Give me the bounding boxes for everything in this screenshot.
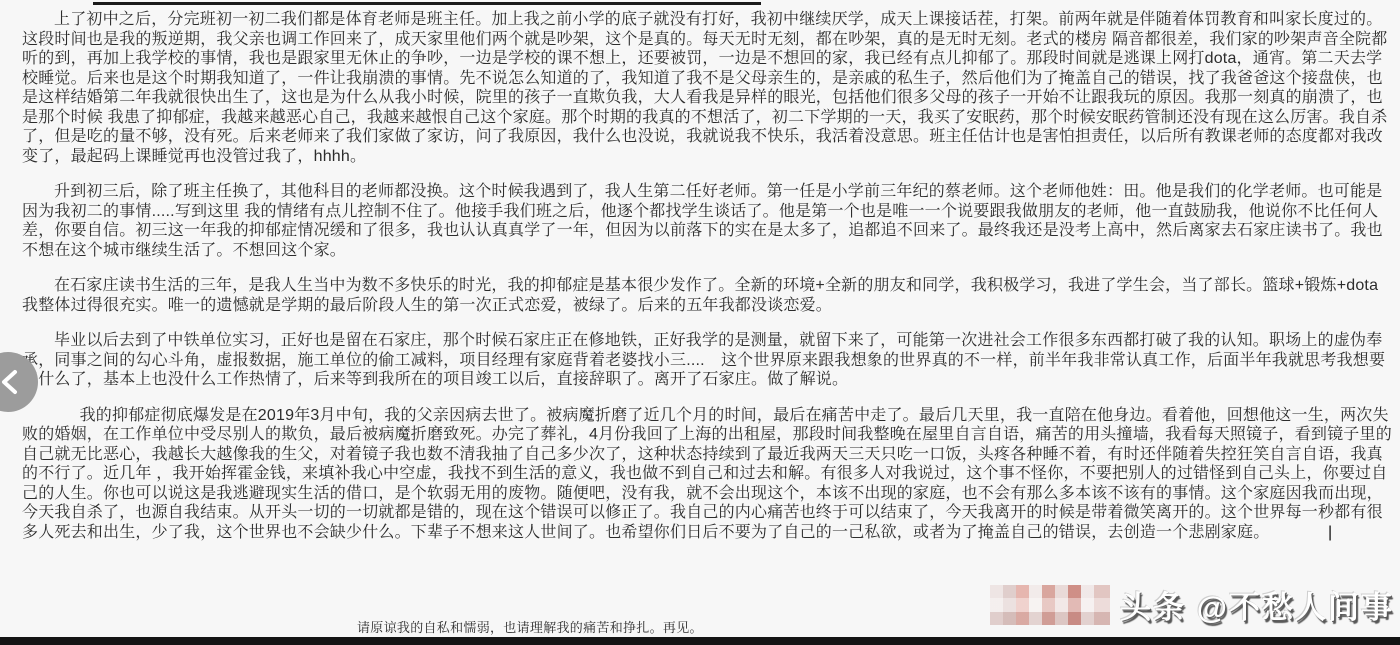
watermark: 头条 @不愁人间事 [990, 582, 1394, 627]
paragraph-2: 升到初三后，除了班主任换了，其他科目的老师都没换。这个时候我遇到了，我人生第二任… [22, 182, 1392, 260]
letter-body: 上了初中之后，分完班初一初二我们都是体育老师是班主任。加上我之前小学的底子就没有… [22, 10, 1392, 558]
paragraph-3: 在石家庄读书生活的三年，是我人生当中为数不多快乐的时光，我的抑郁症是基本很少发作… [22, 276, 1392, 315]
closing-line: 请原谅我的自私和懦弱，也请理解我的痛苦和挣扎。再见。 [357, 617, 703, 636]
text-caret: | [1270, 523, 1332, 543]
censored-logo-mosaic [990, 585, 1110, 625]
paragraph-4: 毕业以后去到了中铁单位实习，正好也是留在石家庄，那个时候石家庄正在修地铁，正好我… [22, 331, 1392, 390]
top-divider-line [93, 2, 761, 5]
bottom-bar [0, 637, 1400, 645]
chevron-left-icon [0, 367, 23, 397]
paragraph-5: 我的抑郁症彻底爆发是在2019年3月中旬，我的父亲因病去世了。被病魔折磨了近几个… [22, 406, 1392, 543]
paragraph-1: 上了初中之后，分完班初一初二我们都是体育老师是班主任。加上我之前小学的底子就没有… [22, 10, 1392, 166]
watermark-text: 头条 @不愁人间事 [1120, 582, 1394, 627]
paragraph-5-text: 我的抑郁症彻底爆发是在2019年3月中旬，我的父亲因病去世了。被病魔折磨了近几个… [22, 407, 1392, 541]
